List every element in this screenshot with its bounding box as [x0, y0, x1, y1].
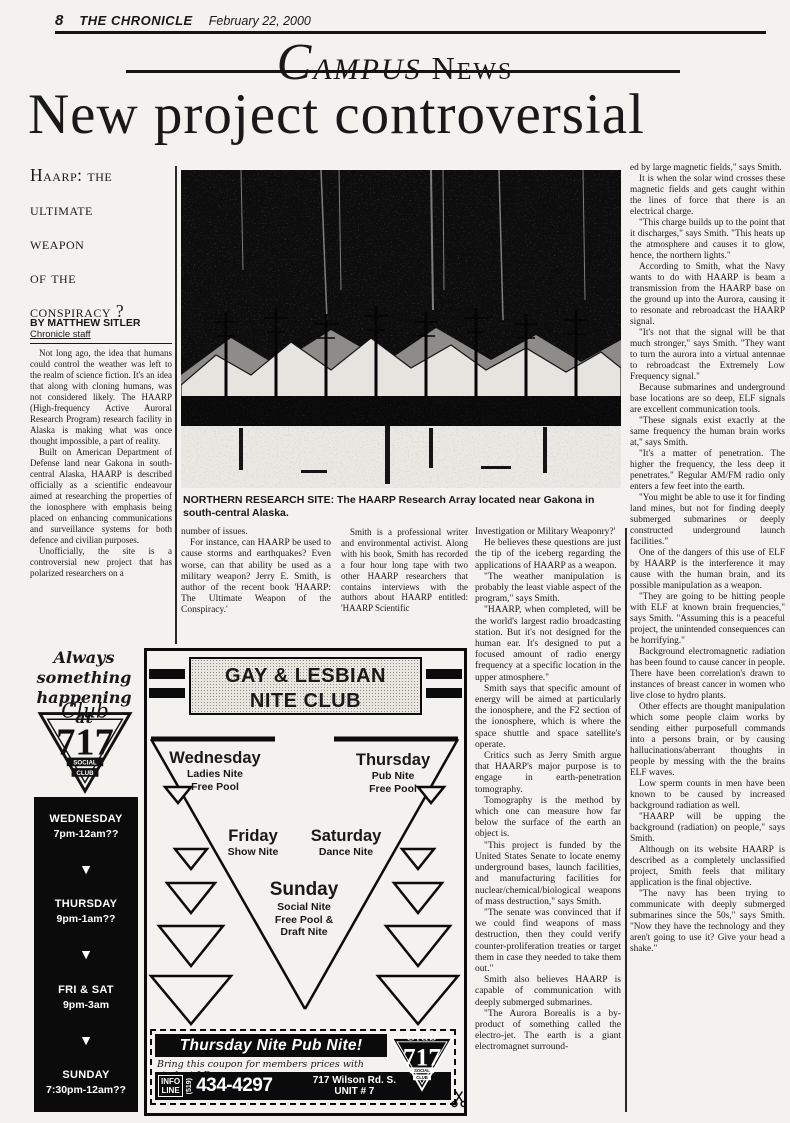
- paragraph: One of the dangers of this use of ELF by…: [630, 548, 785, 592]
- haarp-photo: [181, 170, 621, 488]
- article-deck: Haarp: the ultimate weapon of the conspi…: [30, 165, 172, 335]
- deck-line: weapon: [30, 233, 172, 267]
- coupon-headline: Thursday Nite Pub Nite!: [155, 1034, 387, 1057]
- article-column-3: Smith is a professional writer and envir…: [341, 527, 468, 647]
- logo-number-text: 717: [56, 722, 114, 764]
- ad-event-friday: Friday Show Nite: [207, 827, 299, 859]
- paragraph: Because submarines and underground base …: [630, 383, 785, 416]
- paragraph: "The weather manipulation is probably th…: [475, 572, 621, 606]
- logo-club-text: Club: [61, 702, 109, 722]
- ad-banner: GAY & LESBIAN NITE CLUB: [147, 657, 464, 721]
- column-rule: [175, 166, 177, 644]
- paragraph: "This charge builds up to the point that…: [630, 218, 785, 262]
- down-triangle-icon: ▼: [79, 947, 93, 961]
- photo-caption-label: NORTHERN RESEARCH SITE:: [183, 494, 334, 506]
- info-line-label: INFO LINE: [158, 1075, 183, 1097]
- ad-main-box: GAY & LESBIAN NITE CLUB: [144, 648, 467, 1116]
- article-column-5: ed by large magnetic fields," says Smith…: [630, 163, 785, 1113]
- publication-name: THE CHRONICLE: [79, 13, 192, 28]
- down-triangle-icon: ▼: [79, 862, 93, 876]
- ad-event-wednesday: Wednesday Ladies Nite Free Pool: [159, 749, 271, 793]
- paragraph: Not long ago, the idea that humans could…: [30, 348, 172, 447]
- paragraph: "The senate was convinced that if we cou…: [475, 908, 621, 975]
- section-rule: [126, 70, 680, 73]
- logo-sub-text: SOCIAL: [414, 1068, 430, 1073]
- paragraph: Unofficially, the site is a controversia…: [30, 546, 172, 579]
- column-rule: [625, 528, 627, 1112]
- club-717-logo: Club 717 SOCIAL CLUB: [37, 702, 133, 794]
- logo-sub-text: SOCIAL: [73, 759, 97, 766]
- ad-coupon[interactable]: Thursday Nite Pub Nite! Bring this coupo…: [150, 1029, 456, 1105]
- ad-schedule-strip: WEDNESDAY 7pm-12am?? ▼ THURSDAY 9pm-1am?…: [34, 797, 138, 1112]
- paragraph: Other effects are thought manipulation w…: [630, 702, 785, 779]
- article-column-1: Not long ago, the idea that humans could…: [30, 348, 172, 645]
- paragraph: Investigation or Military Weaponry?': [475, 527, 621, 538]
- paragraph: "These signals exist exactly at the same…: [630, 416, 785, 449]
- headline: New project controversial: [28, 82, 783, 147]
- page-number: 8: [55, 12, 63, 29]
- paragraph: He believes these questions are just the…: [475, 538, 621, 572]
- paragraph: "It's not that the signal will be that m…: [630, 328, 785, 383]
- club-address: 717 Wilson Rd. S. UNIT # 7: [313, 1075, 396, 1098]
- article-column-2: number of issues. For instance, can HAAR…: [181, 527, 331, 645]
- paragraph: Background electromagnetic radiation has…: [630, 647, 785, 702]
- schedule-item: THURSDAY 9pm-1am??: [55, 898, 118, 925]
- schedule-item: FRI & SAT 9pm-3am: [58, 984, 114, 1011]
- phone-number: 434-4297: [196, 1075, 272, 1097]
- schedule-item: WEDNESDAY 7pm-12am??: [49, 813, 122, 840]
- masthead: 8 THE CHRONICLE February 22, 2000: [55, 12, 311, 29]
- paragraph: Tomography is the method by which one ca…: [475, 796, 621, 841]
- paragraph: "The navy has been trying to communicate…: [630, 889, 785, 955]
- paragraph: "The Aurora Borealis is a by-product of …: [475, 1009, 621, 1054]
- paragraph: Built on American Department of Defense …: [30, 447, 172, 546]
- banner-bars-left: [149, 669, 185, 707]
- paragraph: "HAARP will be upping the background (ra…: [630, 812, 785, 845]
- logo-sub-text: CLUB: [76, 770, 94, 777]
- paragraph: For instance, can HAARP be used to cause…: [181, 538, 331, 616]
- article-column-4: Investigation or Military Weaponry?' He …: [475, 527, 621, 1113]
- photo-caption: NORTHERN RESEARCH SITE: The HAARP Resear…: [183, 494, 613, 519]
- byline-block: BY MATTHEW SITLER Chronicle staff: [30, 317, 172, 344]
- ad-left-strip: Always something happening at Club 717 S…: [30, 648, 140, 1116]
- paragraph: Smith also believes HAARP is capable of …: [475, 975, 621, 1009]
- paragraph: number of issues.: [181, 527, 331, 538]
- ad-event-sunday: Sunday Social Nite Free Pool & Draft Nit…: [244, 879, 364, 939]
- paragraph: Smith is a professional writer and envir…: [341, 527, 468, 614]
- haarp-photo-art: [181, 170, 621, 488]
- paragraph: Although on its website HAARP is describ…: [630, 845, 785, 889]
- paragraph: "HAARP, when completed, will be the worl…: [475, 605, 621, 683]
- paragraph: "You might be able to use it for finding…: [630, 493, 785, 548]
- newspaper-page: 8 THE CHRONICLE February 22, 2000 Campus…: [0, 0, 790, 1123]
- schedule-item: SUNDAY 7:30pm-12am??: [46, 1069, 126, 1096]
- byline-role: Chronicle staff: [30, 329, 172, 340]
- paragraph: "This project is funded by the United St…: [475, 841, 621, 908]
- deck-line: ultimate: [30, 199, 172, 233]
- down-triangle-icon: ▼: [79, 1033, 93, 1047]
- club-717-ad[interactable]: Always something happening at Club 717 S…: [30, 648, 467, 1116]
- logo-sub-text: CLUB: [416, 1075, 428, 1080]
- ad-event-saturday: Saturday Dance Nite: [300, 827, 392, 859]
- ad-banner-title: GAY & LESBIAN NITE CLUB: [189, 657, 422, 715]
- club-717-logo: Club 717 SOCIAL CLUB: [390, 1017, 454, 1105]
- paragraph: "They are going to be hitting people wit…: [630, 592, 785, 647]
- paragraph: Critics such as Jerry Smith argue that H…: [475, 751, 621, 796]
- deck-line: Haarp: the: [30, 165, 172, 199]
- paragraph: "It's a matter of penetration. The highe…: [630, 449, 785, 493]
- logo-number-text: 717: [403, 1042, 442, 1071]
- paragraph: Low sperm counts in men have been known …: [630, 779, 785, 812]
- paragraph: ed by large magnetic fields," says Smith…: [630, 163, 785, 174]
- area-code: (519): [186, 1078, 193, 1094]
- ad-event-thursday: Thursday Pub Nite Free Pool: [337, 751, 449, 795]
- deck-line: of the: [30, 267, 172, 301]
- byline: BY MATTHEW SITLER: [30, 317, 172, 329]
- scissors-icon: [449, 1089, 469, 1109]
- issue-date: February 22, 2000: [209, 14, 311, 28]
- paragraph: According to Smith, what the Navy wants …: [630, 262, 785, 328]
- paragraph: Smith says that specific amount of energ…: [475, 684, 621, 751]
- banner-bars-right: [426, 669, 462, 707]
- paragraph: It is when the solar wind crosses these …: [630, 174, 785, 218]
